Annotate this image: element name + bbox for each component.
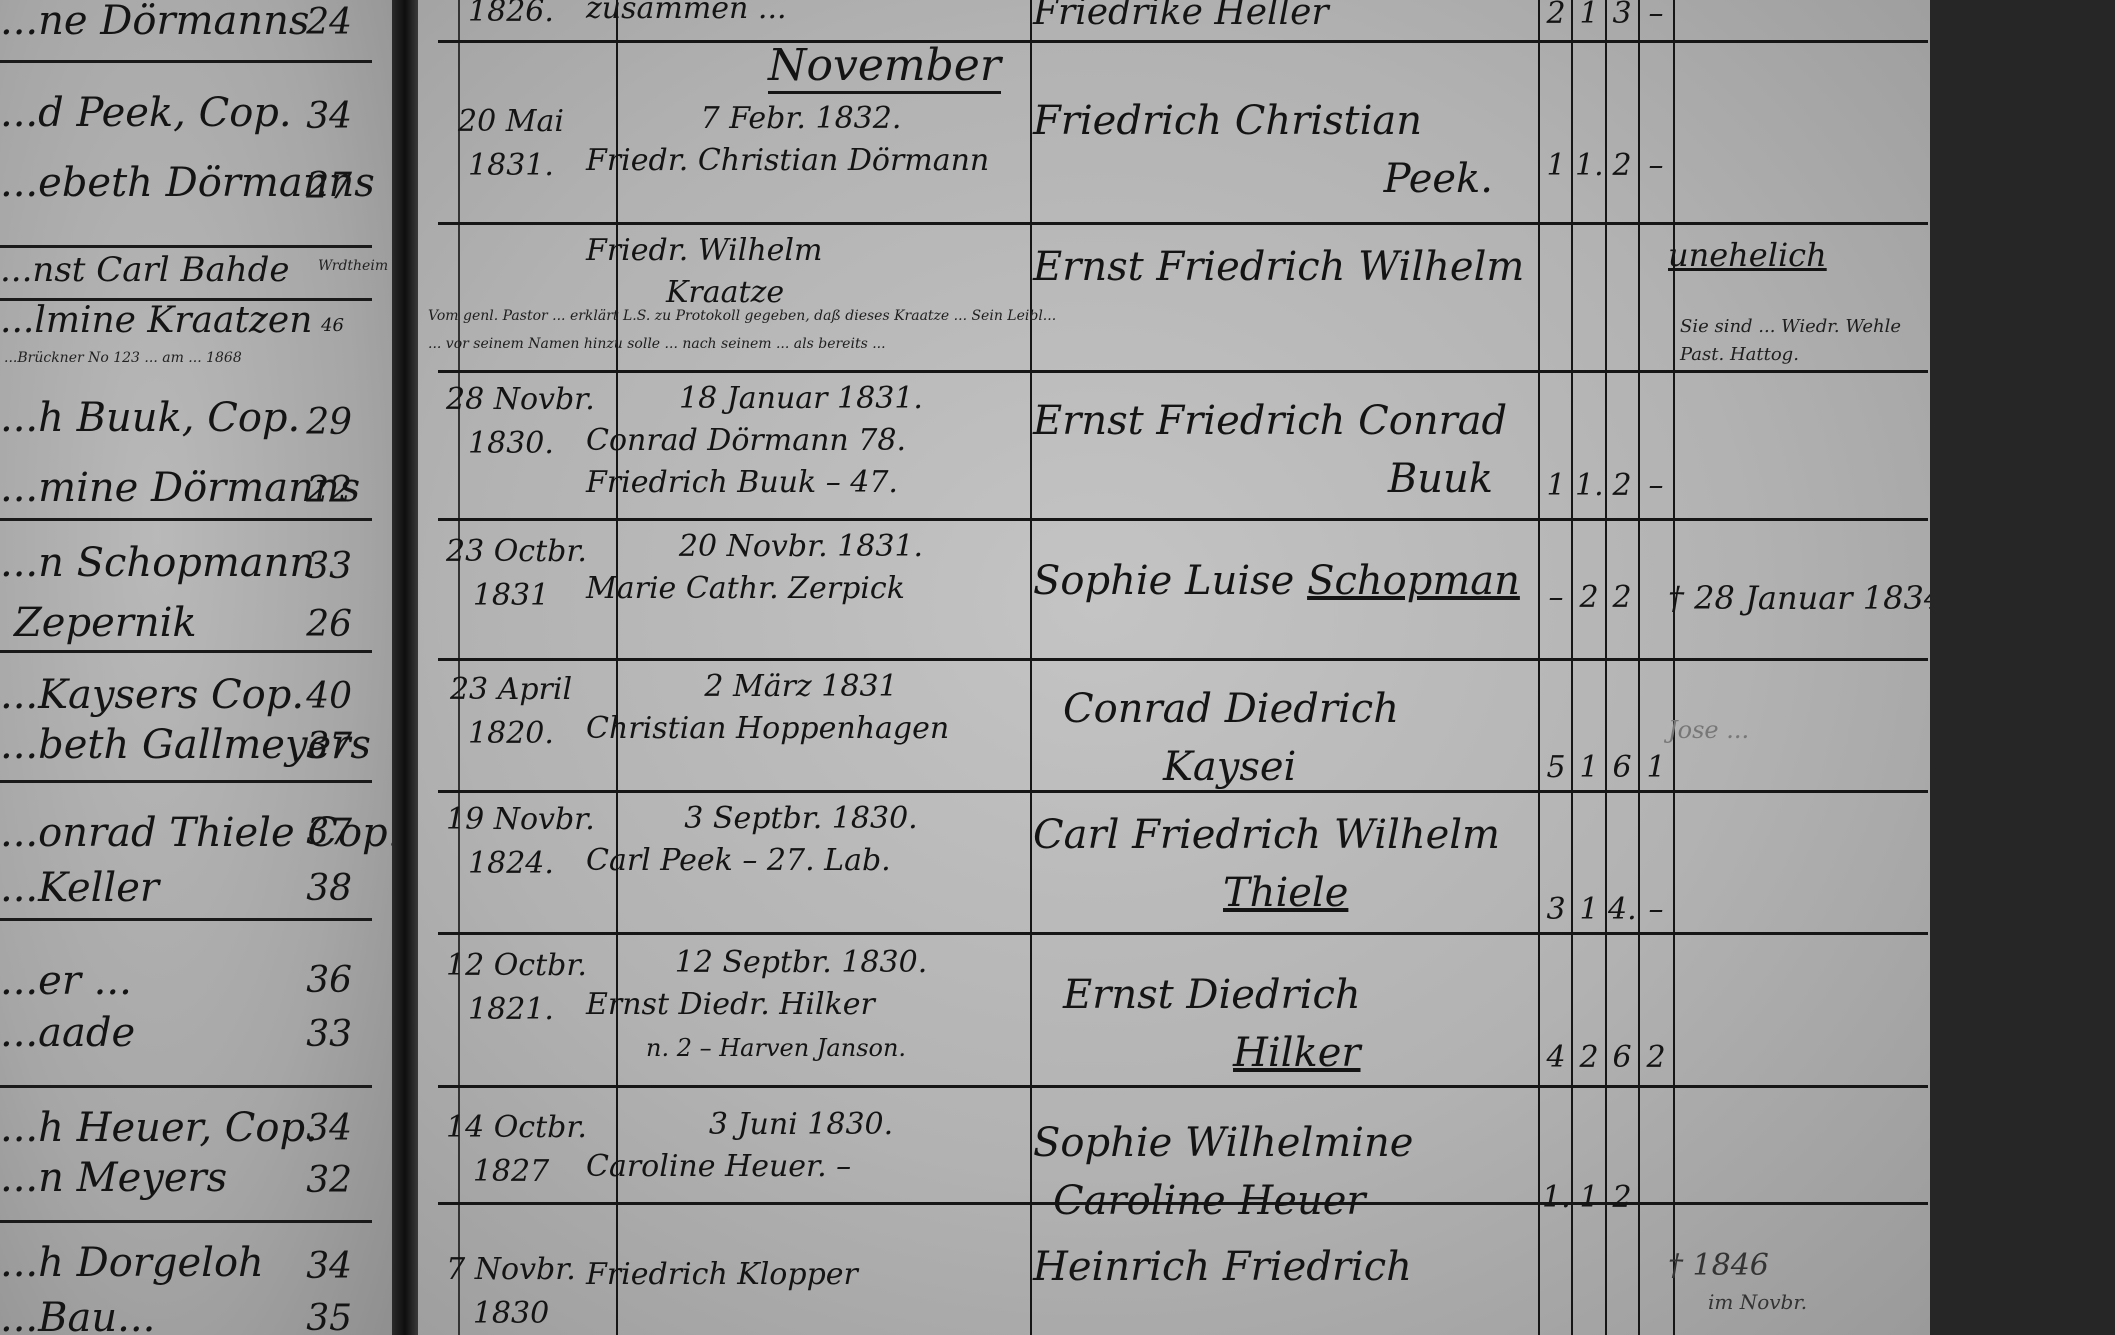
birth-year: 1820.	[446, 712, 576, 756]
entry-birth: 23 April 1820.	[446, 668, 576, 756]
child-surname: Hilker	[1033, 1024, 1533, 1082]
register-number: 2	[1608, 580, 1636, 615]
register-number: –	[1642, 892, 1670, 927]
birth-date: 12 Octbr.	[446, 944, 576, 988]
left-entry-name: ...Kaysers Cop.	[0, 672, 304, 718]
register-number: 1	[1542, 468, 1570, 503]
child-surname: Thiele	[1033, 864, 1533, 922]
left-entry-name: ...d Peek, Cop.	[0, 90, 292, 136]
register-number: –	[1642, 148, 1670, 183]
entry-baptism: Friedr. Wilhelm Kraatze	[586, 230, 1016, 314]
row-divider	[0, 1085, 372, 1088]
row-divider	[0, 245, 372, 248]
row-divider	[0, 780, 372, 783]
left-entry-name: Zepernik	[14, 600, 197, 646]
column-rule	[1571, 0, 1573, 1335]
left-entry-name: ...er ...	[0, 958, 132, 1004]
left-entry-name: ...nst Carl Bahde	[0, 250, 290, 290]
register-number: 4.	[1608, 892, 1636, 927]
left-entry-age: 34	[306, 1108, 352, 1149]
sponsor: Friedrich Klopper	[586, 1257, 858, 1292]
birth-year: 1827	[446, 1150, 576, 1194]
left-entry-age: 26	[306, 604, 352, 645]
left-entry-age: 22	[306, 470, 352, 511]
entry-birth: 28 Novbr. 1830.	[446, 378, 576, 466]
left-entry-name: ...n Schopmann	[0, 540, 315, 586]
birth-year: 1821.	[446, 988, 576, 1032]
remark-note: Sie sind ... Wiedr. Wehle	[1680, 316, 1901, 337]
entry-child-name: Ernst Friedrich Conrad Buuk	[1033, 392, 1533, 508]
baptism-date: 12 Septbr. 1830.	[586, 942, 1016, 984]
row-divider	[0, 650, 372, 653]
entry-child-name: Heinrich Friedrich	[1033, 1238, 1533, 1296]
birth-date: 14 Octbr.	[446, 1106, 576, 1150]
entry-child-name: Sophie Luise Schopman	[1033, 552, 1533, 610]
register-number: 1	[1542, 148, 1570, 183]
sponsor: Kraatze	[586, 275, 784, 310]
row-rule	[438, 370, 1928, 373]
entry-birth: 20 Mai 1831.	[446, 100, 576, 188]
entry-baptism: 7 Febr. 1832. Friedr. Christian Dörmann	[586, 98, 1016, 182]
register-number: 3	[1542, 892, 1570, 927]
baptism-date: 7 Febr. 1832.	[586, 98, 1016, 140]
left-entry-age: 34	[306, 96, 352, 137]
register-number: 2	[1608, 468, 1636, 503]
birth-year: 1826.	[446, 0, 576, 34]
child-given-names: Ernst Friedrich Conrad	[1033, 398, 1507, 444]
left-entry-age: 46	[321, 315, 344, 336]
column-rule	[1030, 0, 1032, 1335]
entry-baptism: 2 März 1831 Christian Hoppenhagen	[586, 666, 1016, 750]
child-surname: Buuk	[1033, 450, 1533, 508]
child-surname: Kaysei	[1033, 738, 1533, 796]
register-number: 1.	[1542, 1180, 1570, 1215]
left-entry-note: ...Brückner No 123 ... am ... 1868	[4, 350, 242, 366]
row-rule	[438, 932, 1928, 935]
entry-child-name: Sophie Wilhelmine Caroline Heuer	[1033, 1114, 1533, 1230]
entry-child-name: Conrad Diedrich Kaysei	[1033, 680, 1533, 796]
entry-child-name: Ernst Friedrich Wilhelm	[1033, 238, 1533, 296]
sponsor: Friedrich Buuk – 47.	[586, 465, 898, 500]
birth-year: 1830.	[446, 422, 576, 466]
register-number: 4	[1542, 1040, 1570, 1075]
left-entry-age: 34	[306, 1246, 352, 1287]
entry-child-name: Ernst Diedrich Hilker	[1033, 966, 1533, 1082]
annotation-line: Vom genl. Pastor ... erklärt L.S. zu Pro…	[428, 308, 1056, 324]
child-surname: Caroline Heuer	[1033, 1172, 1533, 1230]
faint-remark: Jose ...	[1668, 716, 1918, 744]
sponsor: Friedr. Wilhelm	[586, 233, 822, 268]
left-entry-name: ...h Heuer, Cop.	[0, 1105, 318, 1151]
column-rule	[1673, 0, 1675, 1335]
child-surname: Schopman	[1307, 558, 1520, 604]
birth-date: 19 Novbr.	[446, 798, 576, 842]
sponsor: Friedr. Christian Dörmann	[586, 143, 989, 178]
annotation-line: ... vor seinem Namen hinzu solle ... nac…	[428, 336, 886, 352]
register-number: 1	[1575, 0, 1603, 31]
column-rule	[1638, 0, 1640, 1335]
child-given-names: Ernst Diedrich	[1033, 972, 1361, 1018]
baptism-date: 18 Januar 1831.	[586, 378, 1016, 420]
left-entry-name: ...ne Dörmanns	[0, 0, 309, 44]
sponsor: Carl Peek – 27. Lab.	[586, 843, 891, 878]
sponsor: Ernst Diedr. Hilker	[586, 987, 875, 1022]
child-given-names: Sophie Wilhelmine	[1033, 1120, 1413, 1166]
register-number: 2	[1608, 148, 1636, 183]
left-entry-name: ...lmine Kraatzen	[0, 300, 312, 341]
book-gutter	[392, 0, 418, 1335]
baptism-date: 3 Septbr. 1830.	[586, 798, 1016, 840]
left-entry-note: Wrdtheim No 123	[318, 258, 392, 274]
child-given-names: Heinrich Friedrich	[1033, 1244, 1412, 1290]
left-entry-age: 40	[306, 676, 352, 717]
left-entry-name: ...Keller	[0, 865, 159, 911]
sponsor: n. 2 – Harven Janson.	[586, 1034, 906, 1062]
child-surname: Peek.	[1033, 150, 1533, 208]
register-page: 1826. zusammen ... Friedrike Heller 2 1 …	[418, 0, 1930, 1335]
register-number: 1	[1575, 892, 1603, 927]
entry-baptism: 12 Septbr. 1830. Ernst Diedr. Hilker n. …	[586, 942, 1016, 1069]
register-number: 1.	[1575, 148, 1603, 183]
row-rule	[438, 1085, 1928, 1088]
row-divider	[0, 918, 372, 921]
left-entry-name: ...Bau...	[0, 1295, 155, 1335]
register-number: 3	[1608, 0, 1636, 31]
left-entry-age: 38	[306, 868, 352, 909]
register-number: 1	[1642, 750, 1670, 785]
child-given-names: Conrad Diedrich	[1033, 686, 1399, 732]
entry-birth: 19 Novbr. 1824.	[446, 798, 576, 886]
left-entry-age: 24	[306, 2, 352, 43]
remark-death: † 28 Januar 1834.	[1668, 576, 1930, 620]
register-number: –	[1542, 580, 1570, 615]
birth-date: 23 Octbr.	[446, 530, 576, 574]
sponsor: Conrad Dörmann 78.	[586, 423, 906, 458]
sponsor: Marie Cathr. Zerpick	[586, 571, 905, 606]
column-rule	[1605, 0, 1607, 1335]
baptism-date: 20 Novbr. 1831.	[586, 526, 1016, 568]
register-number: 1	[1575, 750, 1603, 785]
register-number: 1.	[1575, 468, 1603, 503]
register-number: 2	[1608, 1180, 1636, 1215]
row-rule	[438, 518, 1928, 521]
scan-background	[1930, 0, 2115, 1335]
sponsor: Caroline Heuer. –	[586, 1149, 851, 1184]
child-given-names: Sophie Luise	[1033, 558, 1294, 604]
birth-year: 1824.	[446, 842, 576, 886]
left-entry-name: ...h Buuk, Cop.	[0, 395, 300, 441]
sponsor: Christian Hoppenhagen	[586, 711, 949, 746]
row-divider	[0, 1220, 372, 1223]
birth-year: 1831.	[446, 144, 576, 188]
birth-year: 1830	[446, 1292, 576, 1335]
remark: unehelich	[1668, 236, 1918, 274]
left-entry-age: 37	[306, 726, 352, 767]
entry-baptism: 3 Septbr. 1830. Carl Peek – 27. Lab.	[586, 798, 1016, 882]
register-number: 2	[1575, 1040, 1603, 1075]
register-number: 6	[1608, 1040, 1636, 1075]
entry-baptism: Friedrich Klopper	[586, 1254, 1016, 1296]
register-number: 5	[1542, 750, 1570, 785]
left-entry-age: 33	[306, 1014, 352, 1055]
entry-baptism: 18 Januar 1831. Conrad Dörmann 78. Fried…	[586, 378, 1016, 504]
row-rule	[438, 222, 1928, 225]
register-number: 2	[1575, 580, 1603, 615]
left-entry-age: 32	[306, 1160, 352, 1201]
register-number: 2	[1642, 1040, 1670, 1075]
child-given-names: Friedrich Christian	[1033, 98, 1422, 144]
month-heading: November	[768, 40, 1001, 94]
left-entry-age: 33	[306, 546, 352, 587]
birth-date: 23 April	[446, 668, 576, 712]
birth-year: 1831	[446, 574, 576, 618]
left-entry-age: 29	[306, 402, 352, 443]
left-entry-age: 37	[306, 812, 352, 853]
child-given-names: Carl Friedrich Wilhelm	[1033, 812, 1500, 858]
birth-date: 7 Novbr.	[446, 1248, 576, 1292]
left-page-fragment: ...ne Dörmanns 24 ...d Peek, Cop. 34 ...…	[0, 0, 392, 1335]
child-name: Friedrike Heller	[1033, 0, 1533, 42]
baptism-text: zusammen ...	[586, 0, 1016, 30]
entry-baptism: 20 Novbr. 1831. Marie Cathr. Zerpick	[586, 526, 1016, 610]
entry-birth: 12 Octbr. 1821.	[446, 944, 576, 1032]
entry-baptism: 3 Juni 1830. Caroline Heuer. –	[586, 1104, 1016, 1188]
entry-birth: 7 Novbr. 1830	[446, 1248, 576, 1335]
left-entry-name: ...h Dorgeloh	[0, 1240, 264, 1286]
entry-birth: 14 Octbr. 1827	[446, 1106, 576, 1194]
left-entry-age: 36	[306, 960, 352, 1001]
entry-child-name: Carl Friedrich Wilhelm Thiele	[1033, 806, 1533, 922]
register-number: 6	[1608, 750, 1636, 785]
register-number: –	[1642, 0, 1670, 31]
left-entry-name: ...aade	[0, 1010, 135, 1056]
birth-date: 28 Novbr.	[446, 378, 576, 422]
child-given-names: Ernst Friedrich Wilhelm	[1033, 244, 1524, 290]
remark-sub: im Novbr.	[1708, 1290, 1930, 1314]
left-entry-age: 27	[306, 166, 352, 207]
birth-date: 20 Mai	[446, 100, 576, 144]
register-number: –	[1642, 468, 1670, 503]
remark-death: † 1846	[1668, 1248, 1918, 1283]
remark-note: Past. Hattog.	[1680, 344, 1799, 365]
row-divider	[0, 518, 372, 521]
register-number: 2	[1542, 0, 1570, 31]
baptism-date: 3 Juni 1830.	[586, 1104, 1016, 1146]
register-number: 1	[1575, 1180, 1603, 1215]
left-entry-name: ...n Meyers	[0, 1155, 227, 1201]
baptism-date: 2 März 1831	[586, 666, 1016, 708]
entry-child-name: Friedrich Christian Peek.	[1033, 92, 1533, 208]
left-entry-age: 35	[306, 1298, 352, 1335]
entry-birth: 23 Octbr. 1831	[446, 530, 576, 618]
row-divider	[0, 60, 372, 63]
column-rule	[1538, 0, 1540, 1335]
row-rule	[438, 658, 1928, 661]
